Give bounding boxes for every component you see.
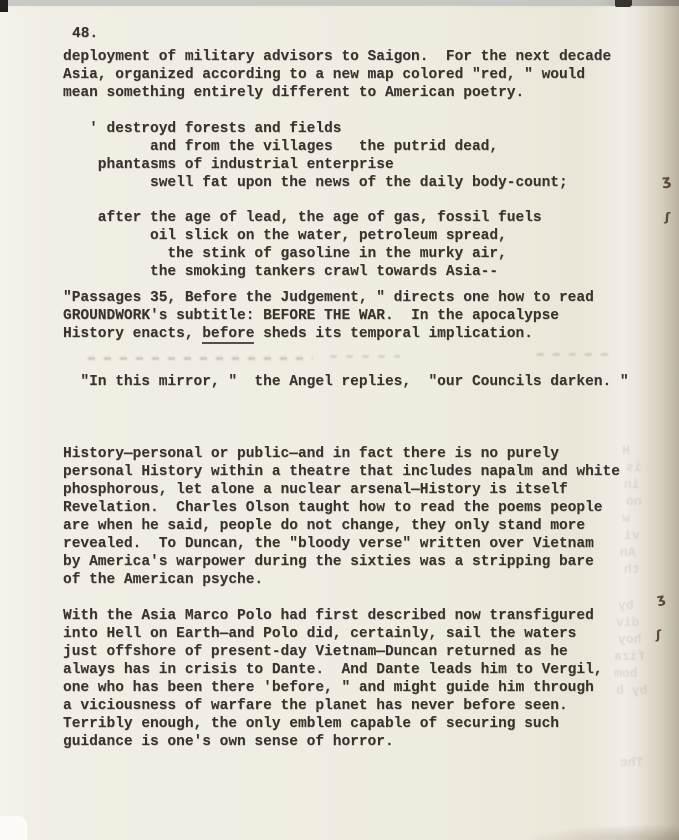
history-paragraph-line: by America's warpower during the sixties…	[63, 553, 663, 571]
show-through-text: th	[624, 562, 640, 577]
verse-stanza-1-line: and from the villages the putrid dead,	[63, 138, 663, 156]
text-segment: phosphorous, let alone a nuclear arsenal…	[63, 482, 568, 498]
scan-edge-mark	[615, 0, 632, 7]
history-paragraph-line: revealed. To Duncan, the "bloody verse" …	[63, 535, 663, 553]
verse-stanza-2-line: oil slick on the water, petroleum spread…	[63, 227, 663, 245]
marco-polo-paragraph-line: one who has been there 'before, " and mi…	[63, 679, 663, 697]
bottom-left-notch	[0, 816, 27, 840]
marco-polo-paragraph-line: Terribly enough, the only emblem capable…	[63, 715, 663, 733]
verse-stanza-1-line: phantasms of industrial enterprise	[63, 156, 663, 174]
passages-paragraph-line: "Passages 35, Before the Judgement, " di…	[63, 289, 663, 307]
show-through-text: An	[620, 545, 636, 560]
history-paragraph-line: History—personal or public—and in fact t…	[63, 445, 663, 463]
intro-paragraph-line: mean something entirely different to Ame…	[63, 84, 663, 102]
scan-corner-mark	[0, 0, 8, 12]
text-segment: and from the villages the putrid dead,	[150, 139, 498, 155]
margin-ink-speck: ʃ	[656, 629, 661, 641]
text-segment: GROUNDWORK's subtitle: BEFORE THE WAR. I…	[63, 308, 559, 324]
marco-polo-paragraph: With the Asia Marco Polo had first descr…	[63, 607, 663, 751]
text-segment: guidance is one's own sense of horror.	[63, 734, 394, 750]
text-segment: deployment of military advisors to Saigo…	[63, 49, 611, 65]
marco-polo-paragraph-line: into Hell on Earth—and Polo did, certain…	[63, 625, 663, 643]
verse-stanza-2: after the age of lead, the age of gas, f…	[63, 209, 663, 281]
marco-polo-paragraph-line: guidance is one's own sense of horror.	[63, 733, 663, 751]
history-paragraph-line: are when he said, people do not change, …	[63, 517, 663, 535]
show-through-text: by b	[616, 683, 647, 698]
show-through-text: no	[626, 494, 642, 509]
passages-paragraph: "Passages 35, Before the Judgement, " di…	[63, 289, 663, 343]
text-segment: one who has been there 'before, " and mi…	[63, 680, 594, 696]
text-segment: after the age of lead, the age of gas, f…	[98, 210, 542, 226]
verse-stanza-2-line: the stink of gasoline in the murky air,	[63, 245, 663, 263]
history-paragraph-line: personal History within a theatre that i…	[63, 463, 663, 481]
history-paragraph-line: phosphorous, let alone a nuclear arsenal…	[63, 481, 663, 499]
show-through-text: is	[626, 460, 642, 475]
marco-polo-paragraph-line: a viciousness of warfare the planet has …	[63, 697, 663, 715]
text-segment: oil slick on the water, petroleum spread…	[150, 228, 507, 244]
verse-stanza-1-line: ' destroyd forests and fields	[63, 120, 663, 138]
text-segment: of the American psyche.	[63, 572, 263, 588]
text-segment: swell fat upon the news of the daily bod…	[150, 175, 568, 191]
verse-stanza-1: ' destroyd forests and fieldsand from th…	[63, 120, 663, 192]
text-segment: revealed. To Duncan, the "bloody verse" …	[63, 536, 594, 552]
verse-stanza-2-line: after the age of lead, the age of gas, f…	[63, 209, 663, 227]
pencil-smudge	[330, 355, 400, 358]
passages-paragraph-line: History enacts, before sheds its tempora…	[63, 325, 663, 343]
text-segment: With the Asia Marco Polo had first descr…	[63, 608, 594, 624]
mirror-quote-line: "In this mirror, " the Angel replies, "o…	[63, 373, 663, 391]
text-segment: personal History within a theatre that i…	[63, 464, 620, 480]
text-segment: "Passages 35, Before the Judgement, " di…	[63, 290, 594, 306]
text-segment: into Hell on Earth—and Polo did, certain…	[63, 626, 576, 642]
text-segment: Revelation. Charles Olson taught how to …	[63, 500, 603, 516]
passages-paragraph-line: GROUNDWORK's subtitle: BEFORE THE WAR. I…	[63, 307, 663, 325]
text-segment: a viciousness of warfare the planet has …	[63, 698, 568, 714]
text-segment: always has in crisis to Dante. And Dante…	[63, 662, 603, 678]
show-through-text: div	[616, 615, 639, 630]
scanner-edge-band	[0, 0, 679, 6]
show-through-text: hoy	[618, 632, 641, 647]
marco-polo-paragraph-line: just offshore of present-day Vietnam—Dun…	[63, 643, 663, 661]
margin-ink-speck: ʒ	[661, 174, 671, 189]
show-through-text: vi	[624, 528, 640, 543]
verse-stanza-1-line: swell fat upon the news of the daily bod…	[63, 174, 663, 192]
underlined-word: before	[202, 326, 254, 344]
bottom-right-shadow	[529, 824, 679, 840]
show-through-text: w	[622, 511, 630, 526]
pencil-smudge	[537, 353, 612, 356]
text-segment: just offshore of present-day Vietnam—Dun…	[63, 644, 568, 660]
text-segment: History enacts,	[63, 326, 202, 342]
text-segment: ' destroyd forests and fields	[89, 121, 341, 137]
intro-paragraph: deployment of military advisors to Saigo…	[63, 48, 663, 102]
text-segment: are when he said, people do not change, …	[63, 518, 585, 534]
text-segment: phantasms of industrial enterprise	[98, 157, 394, 173]
show-through-text: bom	[614, 666, 637, 681]
marco-polo-paragraph-line: With the Asia Marco Polo had first descr…	[63, 607, 663, 625]
text-segment: History—personal or public—and in fact t…	[63, 446, 559, 462]
intro-paragraph-line: Asia, organized according to a new map c…	[63, 66, 663, 84]
show-through-text: in	[624, 477, 640, 492]
show-through-text: The	[620, 755, 643, 770]
show-through-text: H	[622, 443, 630, 458]
text-segment: "In this mirror, " the Angel replies, "o…	[80, 374, 628, 390]
intro-paragraph-line: deployment of military advisors to Saigo…	[63, 48, 663, 66]
text-segment: Terribly enough, the only emblem capable…	[63, 716, 559, 732]
text-segment: the smoking tankers crawl towards Asia--	[150, 264, 498, 280]
show-through-text: fiza	[614, 649, 645, 664]
history-paragraph-line: of the American psyche.	[63, 571, 663, 589]
history-paragraph: History—personal or public—and in fact t…	[63, 445, 663, 589]
text-segment: the stink of gasoline in the murky air,	[167, 246, 506, 262]
show-through-text: by	[618, 598, 634, 613]
mirror-quote: "In this mirror, " the Angel replies, "o…	[63, 373, 663, 391]
margin-ink-speck: ʃ	[665, 211, 671, 223]
history-paragraph-line: Revelation. Charles Olson taught how to …	[63, 499, 663, 517]
pencil-smudge	[88, 357, 313, 360]
verse-stanza-2-line: the smoking tankers crawl towards Asia--	[63, 263, 663, 281]
text-segment: by America's warpower during the sixties…	[63, 554, 594, 570]
text-segment: Asia, organized according to a new map c…	[63, 67, 585, 83]
text-segment: mean something entirely different to Ame…	[63, 85, 524, 101]
text-segment: sheds its temporal implication.	[254, 326, 532, 342]
scanned-page: 48. deployment of military advisors to S…	[0, 0, 679, 840]
page-number: 48.	[72, 26, 98, 42]
marco-polo-paragraph-line: always has in crisis to Dante. And Dante…	[63, 661, 663, 679]
margin-ink-speck: ʒ	[656, 592, 666, 606]
